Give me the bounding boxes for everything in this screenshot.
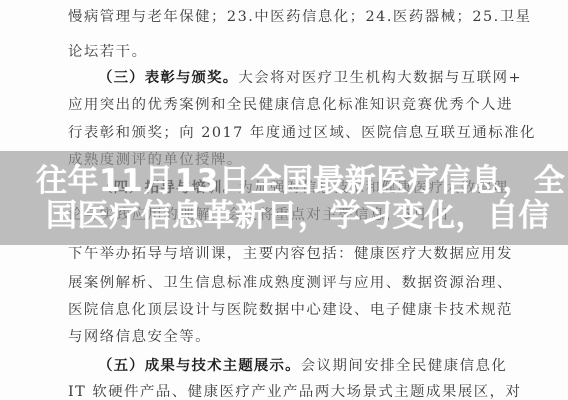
line-text: 会议期间安排全民健康信息化	[301, 358, 508, 374]
document-line: 医院信息化顶层设计与医院数据中心建设、电子健康卡技术规范	[68, 301, 500, 319]
section-heading-awards: （三）表彰与颁奖。大会将对医疗卫生机构大数据与互联网+	[98, 69, 500, 87]
document-line: 与网络信息安全等。	[68, 328, 500, 346]
line-text: 行表彰和颁奖；向 2017 年度通过区域、医院信息互联互通标准化	[68, 125, 536, 141]
line-text: IT 软硬件产品、健康医疗产业产品两大场景式主题成果展区，对	[68, 384, 521, 400]
document-line: 下午举办拓导与培训课，主要内容包括：健康医疗大数据应用发	[68, 245, 500, 263]
document-line: 慢病管理与老年保健；23.中医药信息化；24.医药器械；25.卫星	[68, 8, 500, 26]
line-text: 应用突出的优秀案例和全民健康信息化标准知识竞赛优秀个人进	[68, 97, 513, 113]
headline-line-2: 国医疗信息革新日，学习变化，自信	[46, 199, 550, 233]
document-line: IT 软硬件产品、健康医疗产业产品两大场景式主题成果展区，对	[68, 383, 500, 400]
article-cover-image: 慢病管理与老年保健；23.中医药信息化；24.医药器械；25.卫星 论坛若干。 …	[0, 0, 568, 400]
document-line: 应用突出的优秀案例和全民健康信息化标准知识竞赛优秀个人进	[68, 96, 500, 114]
line-text: 医院信息化顶层设计与医院数据中心建设、电子健康卡技术规范	[68, 302, 513, 318]
section-title: （三）表彰与颁奖。	[98, 69, 238, 86]
line-text: 与网络信息安全等。	[68, 329, 211, 345]
document-line: 展案例解析、卫生信息标准成熟度测评与应用、数据资源治理、	[68, 274, 500, 292]
headline-line-1: 往年11月13日全国最新医疗信息，全	[36, 164, 565, 198]
document-line: 行表彰和颁奖；向 2017 年度通过区域、医院信息互联互通标准化	[68, 124, 500, 142]
section-heading-exhibition: （五）成果与技术主题展示。会议期间安排全民健康信息化	[98, 357, 500, 375]
line-text: 大会将对医疗卫生机构大数据与互联网+	[238, 70, 522, 86]
document-line: 论坛若干。	[68, 43, 500, 61]
line-text: 下午举办拓导与培训课，主要内容包括：健康医疗大数据应用发	[68, 246, 513, 262]
line-text: 论坛若干。	[68, 44, 147, 60]
line-text: 慢病管理与老年保健；23.中医药信息化；24.医药器械；25.卫星	[68, 9, 532, 25]
section-title: （五）成果与技术主题展示。	[98, 357, 301, 374]
line-text: 展案例解析、卫生信息标准成熟度测评与应用、数据资源治理、	[68, 275, 513, 291]
